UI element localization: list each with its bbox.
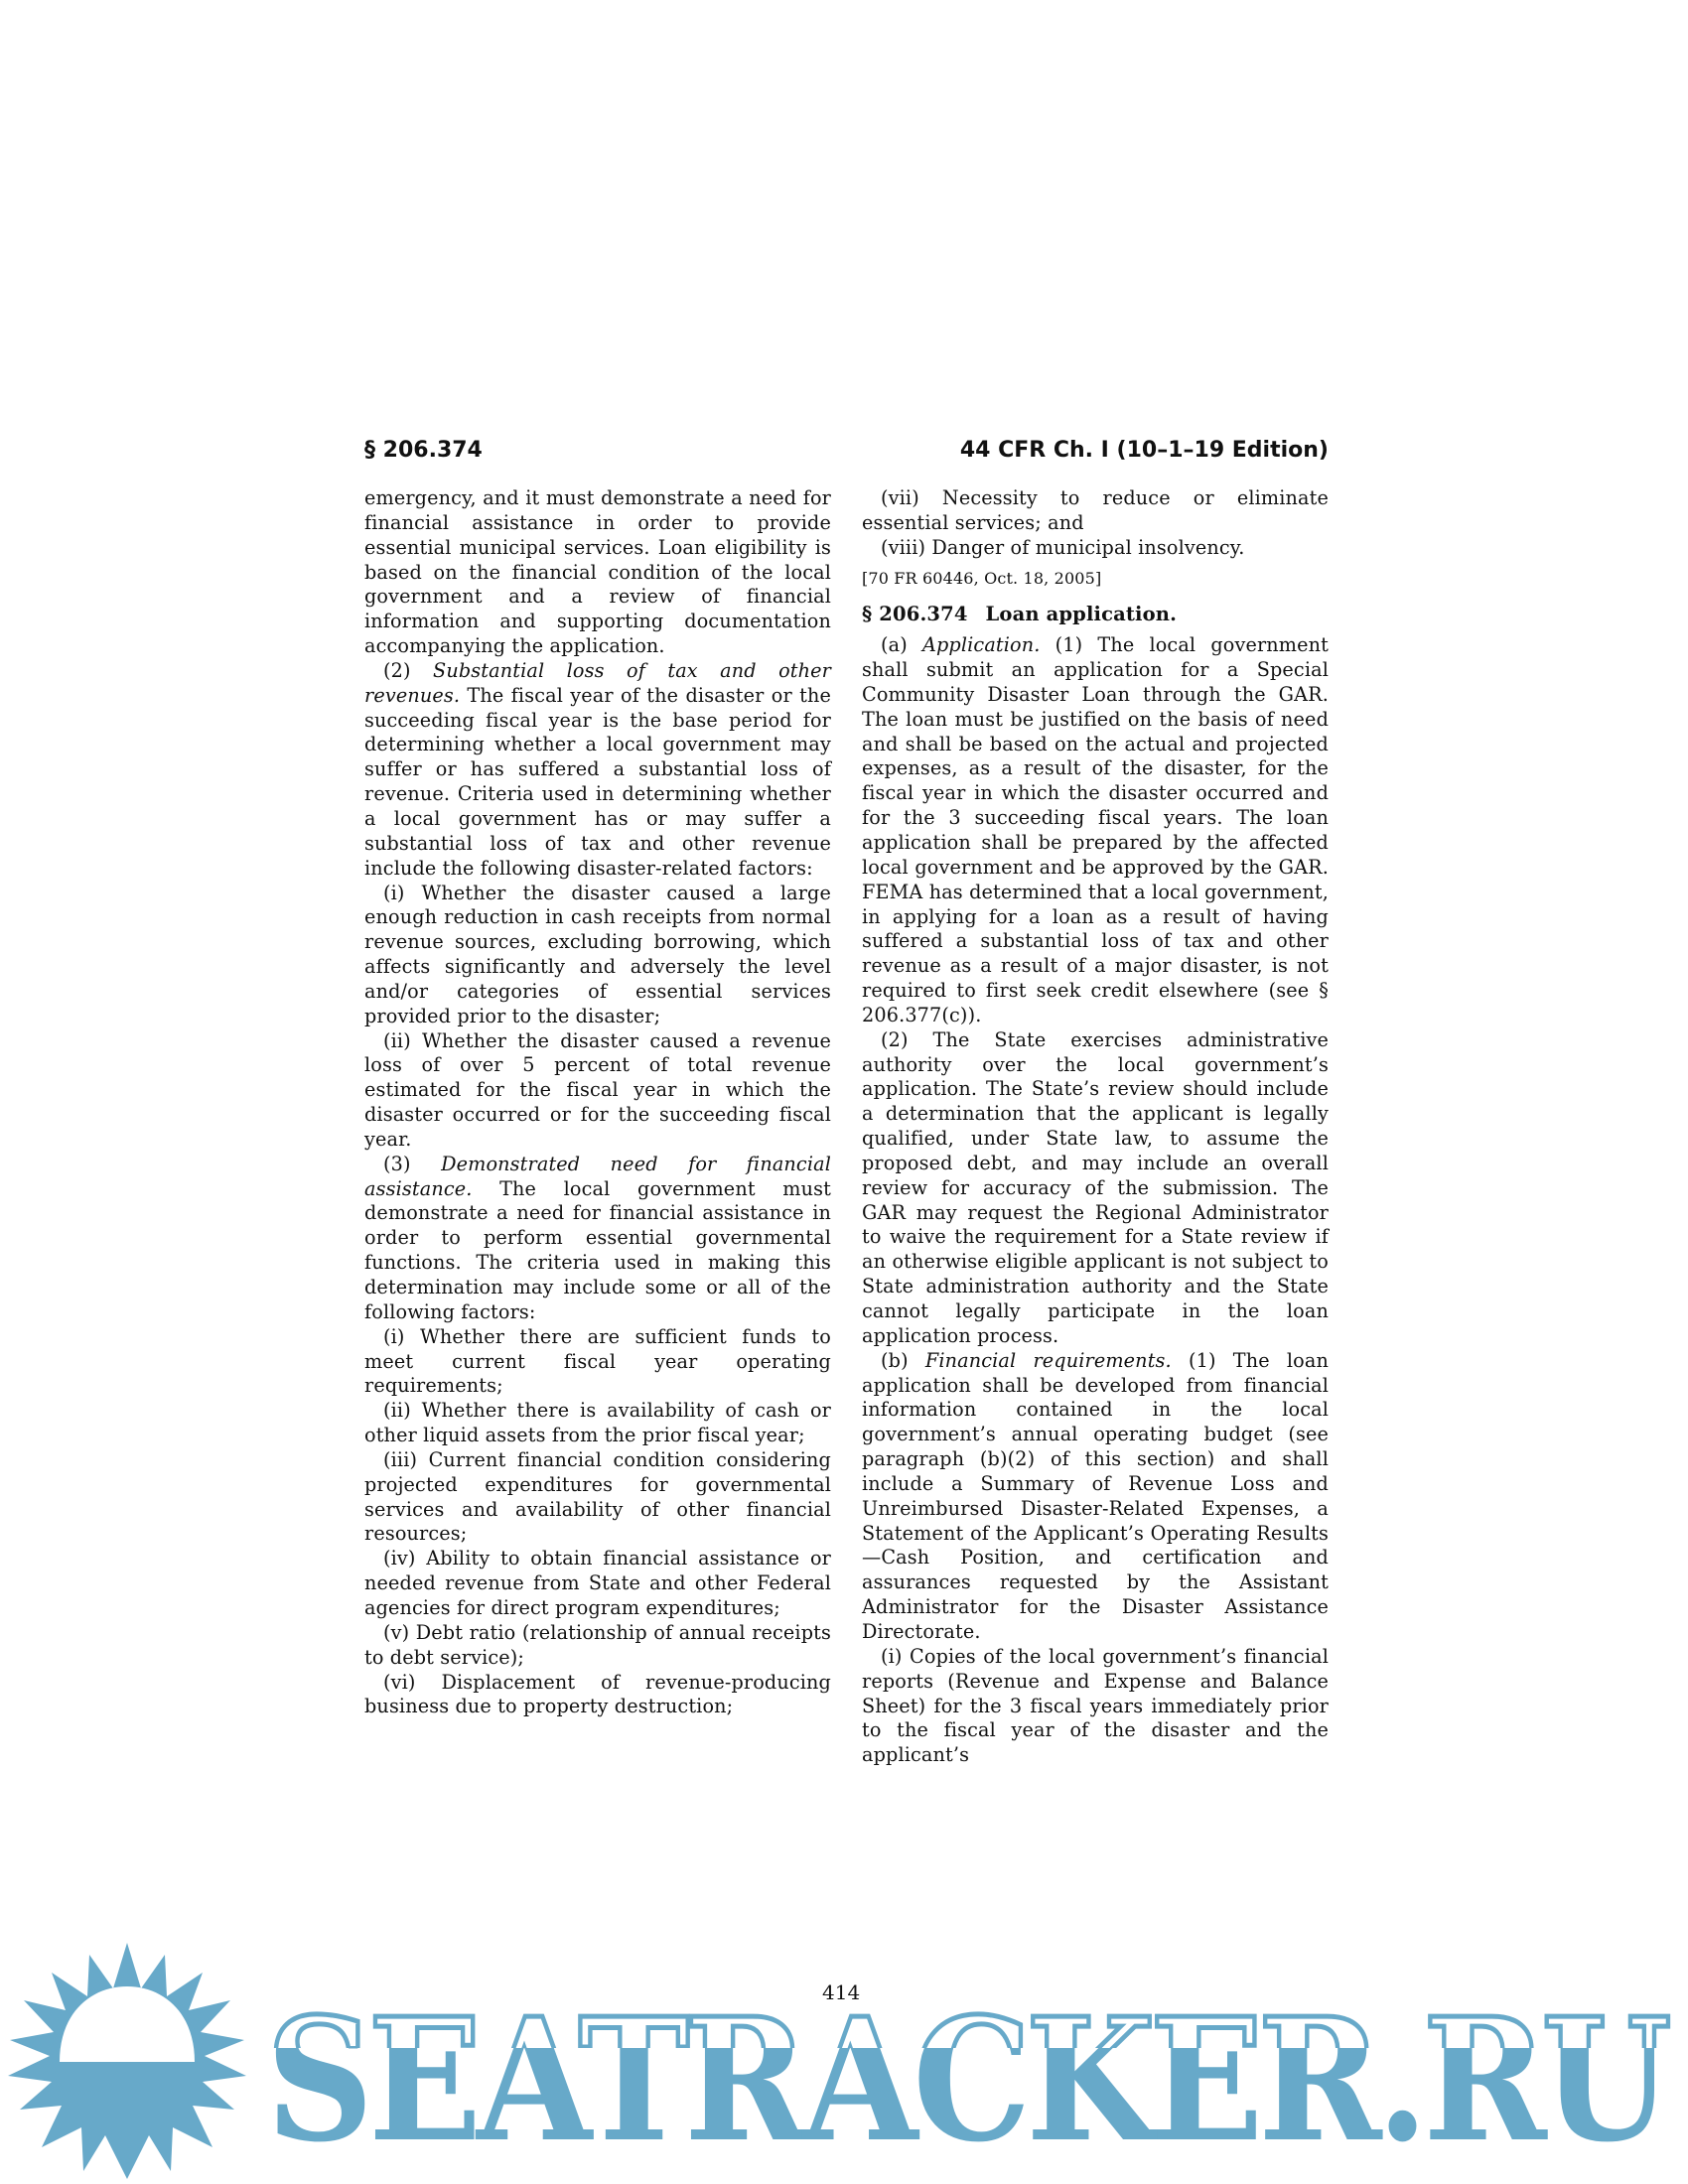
paragraph: emergency, and it must demonstrate a nee… <box>364 486 831 659</box>
paragraph: (3) Demonstrated need for financial assi… <box>364 1153 831 1325</box>
running-head: § 206.374 44 CFR Ch. I (10–1–19 Edition) <box>364 435 1329 465</box>
watermark: SEATRACKER.RU SEATRACKER.RU <box>0 1941 1688 2184</box>
source-citation: [70 FR 60446, Oct. 18, 2005] <box>862 567 1329 592</box>
paragraph: (i) Whether the disaster caused a large … <box>364 882 831 1029</box>
sun-icon: SEATRACKER.RU SEATRACKER.RU <box>0 1941 1688 2184</box>
paragraph: (iii) Current financial condition consid… <box>364 1448 831 1547</box>
left-column: emergency, and it must demonstrate a nee… <box>364 486 831 1719</box>
running-head-section: § 206.374 <box>364 438 483 463</box>
right-column: (vii) Necessity to reduce or eliminate e… <box>862 486 1329 1768</box>
paragraph: (viii) Danger of municipal insolvency. <box>862 536 1329 561</box>
paragraph: (2) Substantial loss of tax and other re… <box>364 659 831 882</box>
paragraph: (i) Whether there are sufficient funds t… <box>364 1325 831 1400</box>
paragraph: (v) Debt ratio (relationship of annual r… <box>364 1621 831 1671</box>
paragraph: (iv) Ability to obtain financial assista… <box>364 1547 831 1621</box>
paragraph: (ii) Whether there is availability of ca… <box>364 1399 831 1448</box>
paragraph: (a) Application. (1) The local governmen… <box>862 633 1329 1028</box>
paragraph: (i) Copies of the local government’s fin… <box>862 1645 1329 1768</box>
paragraph: (vi) Displacement of revenue-producing b… <box>364 1671 831 1720</box>
paragraph: (b) Financial requirements. (1) The loan… <box>862 1349 1329 1645</box>
paragraph: (2) The State exercises administrative a… <box>862 1028 1329 1349</box>
page-number: 414 <box>822 1980 860 2004</box>
section-heading: § 206.374Loan application. <box>862 603 1329 627</box>
running-head-title: 44 CFR Ch. I (10–1–19 Edition) <box>960 438 1329 463</box>
paragraph: (vii) Necessity to reduce or eliminate e… <box>862 486 1329 536</box>
paragraph: (ii) Whether the disaster caused a reven… <box>364 1029 831 1153</box>
